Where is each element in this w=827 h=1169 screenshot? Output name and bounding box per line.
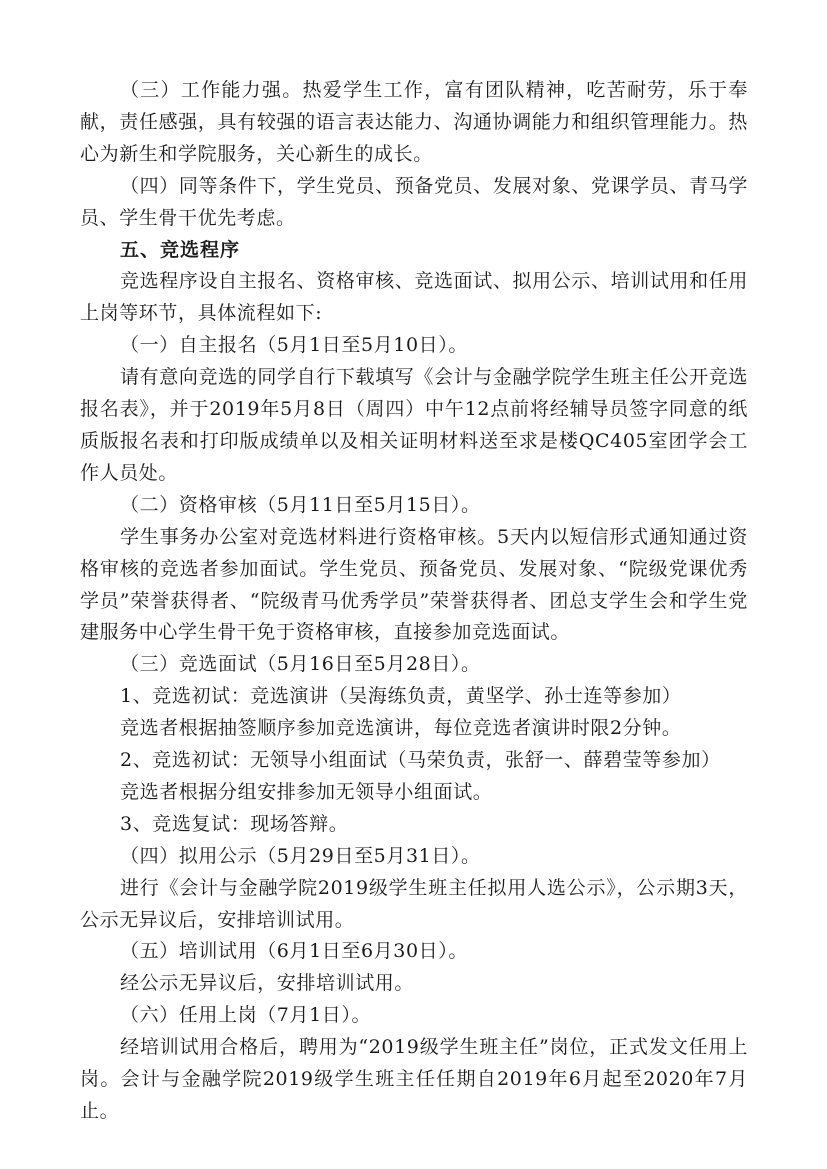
section-heading-procedure: 五、竞选程序 xyxy=(80,235,748,267)
step-heading-appointment: （六）任用上岗（7月1日）。 xyxy=(80,1000,748,1032)
paragraph-criteria-priority: （四）同等条件下，学生党员、预备党员、发展对象、党课学员、青马学员、学生骨干优先… xyxy=(80,171,748,235)
interview-item-group-details: 竞选者根据分组安排参加无领导小组面试。 xyxy=(80,777,748,809)
paragraph-appointment-details: 经培训试用合格后，聘用为“2019级学生班主任”岗位，正式发文任用上岗。会计与金… xyxy=(80,1032,748,1128)
paragraph-registration-details: 请有意向竞选的同学自行下载填写《会计与金融学院学生班主任公开竞选报名表》，并于2… xyxy=(80,362,748,490)
step-heading-qualification-review: （二）资格审核（5月11日至5月15日）。 xyxy=(80,490,748,522)
paragraph-publicity-details: 进行《会计与金融学院2019级学生班主任拟用人选公示》，公示期3天，公示无异议后… xyxy=(80,873,748,937)
document-page: （三）工作能力强。热爱学生工作，富有团队精神，吃苦耐劳，乐于奉献，责任感强，具有… xyxy=(80,75,748,1128)
paragraph-criteria-work-ability: （三）工作能力强。热爱学生工作，富有团队精神，吃苦耐劳，乐于奉献，责任感强，具有… xyxy=(80,75,748,171)
interview-item-speech-details: 竞选者根据抽签顺序参加竞选演讲，每位竞选者演讲时限2分钟。 xyxy=(80,713,748,745)
step-heading-interview: （三）竞选面试（5月16日至5月28日）。 xyxy=(80,649,748,681)
interview-item-speech: 1、竞选初试：竞选演讲（吴海练负责，黄坚学、孙士连等参加） xyxy=(80,681,748,713)
interview-item-defense: 3、竞选复试：现场答辩。 xyxy=(80,809,748,841)
paragraph-qualification-review-details: 学生事务办公室对竞选材料进行资格审核。5天内以短信形式通知通过资格审核的竞选者参… xyxy=(80,522,748,650)
interview-item-group: 2、竞选初试：无领导小组面试（马荣负责，张舒一、薛碧莹等参加） xyxy=(80,745,748,777)
step-heading-registration: （一）自主报名（5月1日至5月10日）。 xyxy=(80,330,748,362)
paragraph-procedure-overview: 竞选程序设自主报名、资格审核、竞选面试、拟用公示、培训试用和任用上岗等环节，具体… xyxy=(80,266,748,330)
step-heading-publicity: （四）拟用公示（5月29日至5月31日）。 xyxy=(80,841,748,873)
step-heading-training: （五）培训试用（6月1日至6月30日）。 xyxy=(80,936,748,968)
paragraph-training-details: 经公示无异议后，安排培训试用。 xyxy=(80,968,748,1000)
